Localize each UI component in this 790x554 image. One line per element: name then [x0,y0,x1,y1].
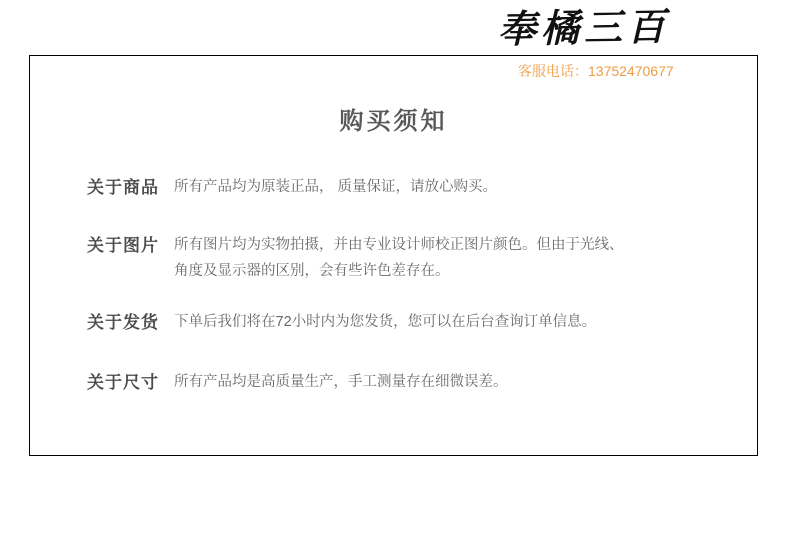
notice-row-shipping-text: 下单后我们将在72小时内为您发货，您可以在后台查询订单信息。 [174,309,721,335]
notice-row-product-text: 所有产品均为原装正品， 质量保证，请放心购买。 [174,174,721,200]
brand-logo-text: 奉橘三百 [498,7,671,48]
notice-row-size-text: 所有产品均是高质量生产，手工测量存在细微误差。 [174,369,721,395]
notice-row-size: 关于尺寸 所有产品均是高质量生产，手工测量存在细微误差。 [87,369,721,395]
notice-row-images-text-line1: 所有图片均为实物拍摄，并由专业设计师校正图片颜色。但由于光线、 [174,232,721,258]
notice-row-images-text-line2: 角度及显示器的区别，会有些许色差存在。 [174,258,721,284]
notice-row-product-label: 关于商品 [87,173,174,198]
notice-row-product-body: 所有产品均为原装正品， 质量保证，请放心购买。 [174,174,721,200]
notice-title: 购买须知 [30,101,757,136]
brand-logo: 奉橘三百 [494,0,674,55]
purchase-notice-panel: 客服电话：13752470677 购买须知 关于商品 所有产品均为原装正品， 质… [29,55,758,456]
customer-service-phone: 客服电话：13752470677 [518,62,674,80]
notice-row-shipping-label: 关于发货 [87,308,174,333]
notice-row-images-label: 关于图片 [87,231,174,256]
page: 奉橘三百 客服电话：13752470677 购买须知 关于商品 所有产品均为原装… [0,0,790,554]
notice-row-images-body: 所有图片均为实物拍摄，并由专业设计师校正图片颜色。但由于光线、 角度及显示器的区… [174,232,721,284]
notice-row-images: 关于图片 所有图片均为实物拍摄，并由专业设计师校正图片颜色。但由于光线、 角度及… [87,232,721,284]
notice-row-size-body: 所有产品均是高质量生产，手工测量存在细微误差。 [174,369,721,395]
notice-row-shipping-body: 下单后我们将在72小时内为您发货，您可以在后台查询订单信息。 [174,309,721,335]
notice-row-product: 关于商品 所有产品均为原装正品， 质量保证，请放心购买。 [87,174,721,200]
notice-row-shipping: 关于发货 下单后我们将在72小时内为您发货，您可以在后台查询订单信息。 [87,309,721,335]
notice-row-size-label: 关于尺寸 [87,368,174,393]
